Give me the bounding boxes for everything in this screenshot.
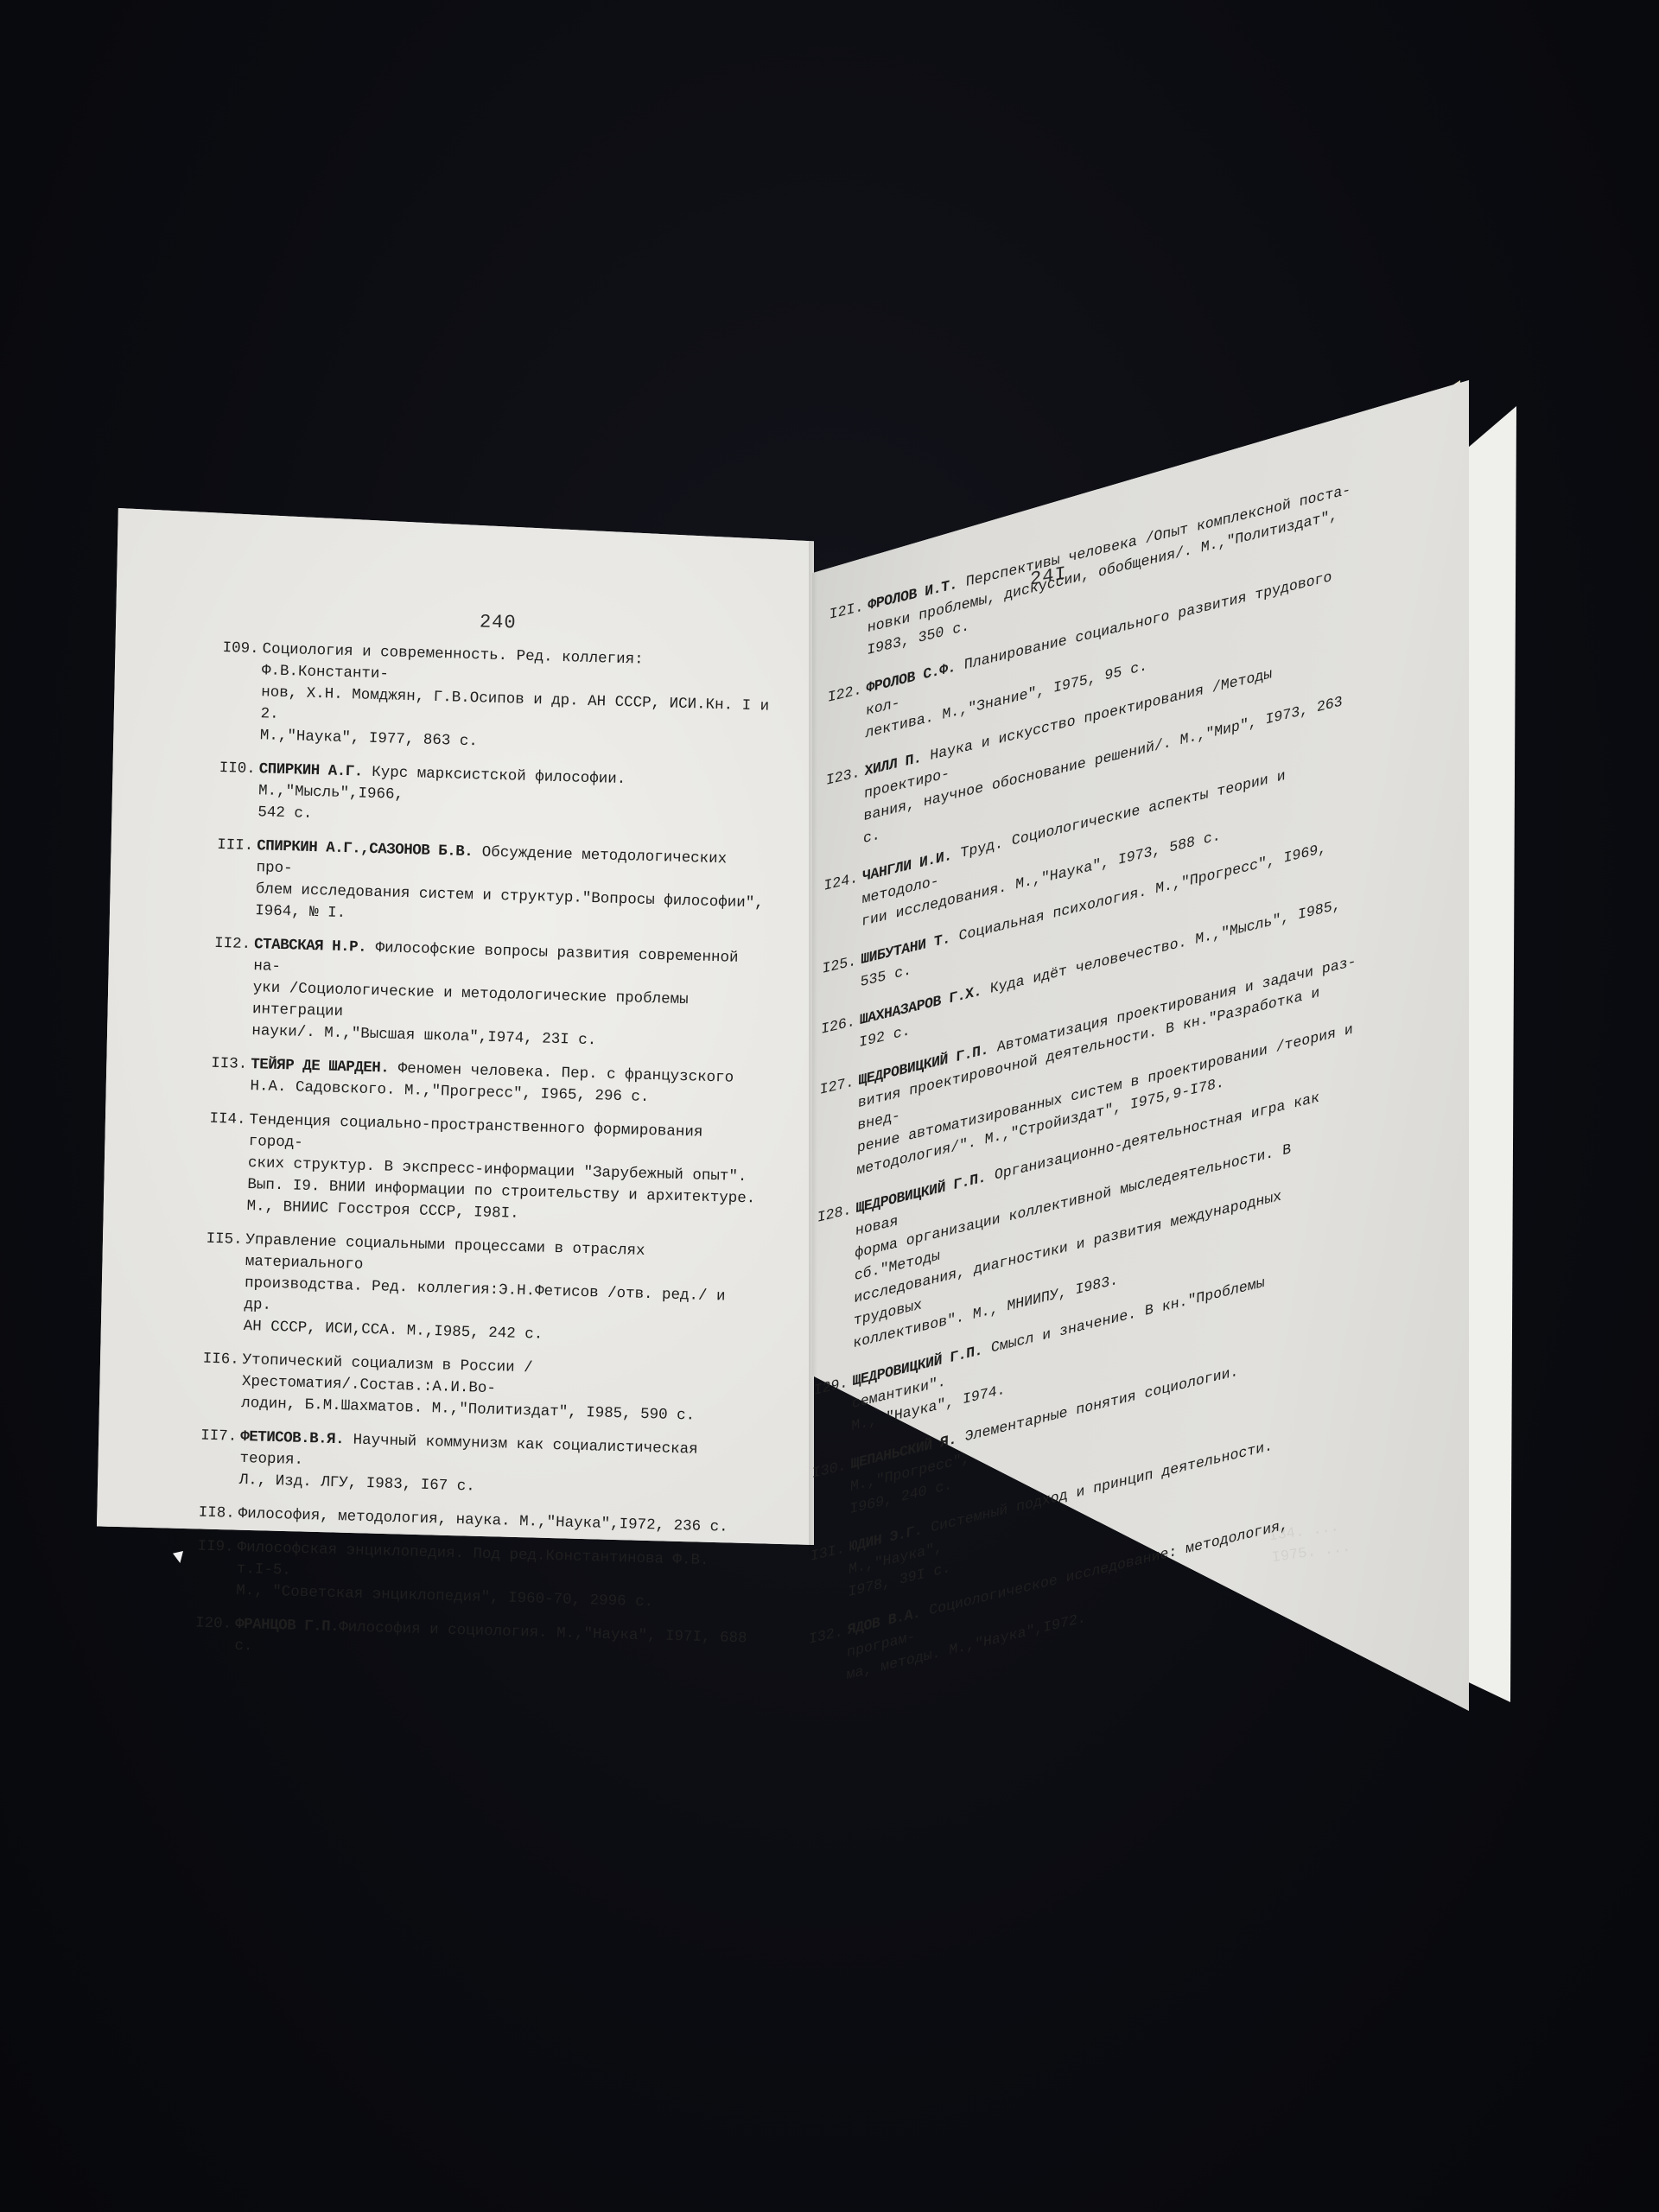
- bibliography-entry: III. СПИРКИН А.Г.,САЗОНОВ Б.В. Обсуждени…: [215, 835, 771, 937]
- entry-text: Управление социальными процессами в отра…: [243, 1231, 725, 1344]
- entry-number: I23.: [824, 761, 865, 861]
- entry-number: II9.: [196, 1536, 238, 1602]
- left-page-bibliography: I09. Социология и современность. Ред. ко…: [194, 638, 776, 1683]
- entry-number: II8.: [198, 1503, 238, 1525]
- entry-number: I22.: [827, 678, 867, 755]
- bibliography-entry: II4. Тенденция социально-пространственно…: [207, 1109, 762, 1232]
- entry-author: ТЕЙЯР ДЕ ШАРДЕН.: [251, 1056, 390, 1077]
- bibliography-entry: II2. СТАВСКАЯ Н.Р. Философские вопросы р…: [212, 933, 767, 1057]
- entry-number: I25.: [822, 950, 861, 1004]
- entry-number: I27.: [817, 1071, 858, 1192]
- entry-number: I28.: [814, 1198, 855, 1365]
- entry-author: СТАВСКАЯ Н.Р.: [254, 936, 367, 957]
- entry-number: II3.: [210, 1053, 251, 1097]
- entry-author: ФЕТИСОВ.В.Я.: [240, 1428, 345, 1448]
- entry-number: II7.: [199, 1426, 240, 1491]
- entry-number: I24.: [823, 867, 862, 944]
- entry-number: II5.: [203, 1229, 245, 1338]
- entry-author: СПИРКИН А.Г.,САЗОНОВ Б.В.: [257, 837, 474, 861]
- entry-text: Утопический социализм в России /Хрестома…: [241, 1351, 695, 1425]
- entry-number: III.: [215, 835, 257, 922]
- bibliography-entry: I20. ФРАНЦОВ Г.П.Философия и социология.…: [194, 1613, 748, 1672]
- entry-author: ФРОЛОВ С.Ф.: [866, 659, 956, 697]
- left-page-number: 240: [480, 611, 517, 633]
- entry-text: Философия, методология, наука. М.,"Наука…: [238, 1505, 728, 1536]
- entry-author: ФРАНЦОВ Г.П.: [235, 1616, 340, 1636]
- entry-number: I32.: [808, 1620, 848, 1697]
- entry-number: II4.: [207, 1109, 249, 1217]
- bibliography-entry: II6. Утопический социализм в России /Хре…: [201, 1349, 756, 1429]
- entry-number: I26.: [820, 1010, 860, 1065]
- entry-number: I29.: [812, 1371, 852, 1448]
- bibliography-entry: II8. Философия, методология, наука. М.,"…: [198, 1503, 751, 1540]
- bibliography-entry: II3. ТЕЙЯР ДЕ ШАРДЕН. Феномен человека. …: [210, 1053, 764, 1112]
- bibliography-entry: II5. Управление социальными процессами в…: [203, 1229, 759, 1352]
- entry-number: II6.: [201, 1349, 243, 1414]
- entry-number: I20.: [194, 1613, 235, 1657]
- bibliography-entry: II9. Философская энциклопедия. Под ред.К…: [196, 1536, 751, 1617]
- entry-text: Философские вопросы развития современной…: [251, 939, 739, 1049]
- entry-number: I2I.: [828, 595, 868, 672]
- entry-text: Тенденция социально-пространственного фо…: [246, 1111, 755, 1223]
- bibliography-entry: II7. ФЕТИСОВ.В.Я. Научный коммунизм как …: [199, 1426, 753, 1506]
- entry-text: Социология и современность. Ред. коллеги…: [260, 640, 770, 750]
- entry-number: I30.: [811, 1454, 851, 1531]
- photo-scene: I34. ... I975. ... 240 I09. Социология и…: [0, 0, 1659, 2212]
- bibliography-entry: I09. Социология и современность. Ред. ко…: [220, 638, 776, 761]
- entry-text: Философская энциклопедия. Под ред.Конста…: [236, 1539, 709, 1611]
- right-page-bibliography: I2I. ФРОЛОВ И.Т. Перспективы человека /О…: [807, 476, 1365, 1713]
- paper-lint-speck: [173, 1551, 183, 1563]
- entry-number: II0.: [218, 758, 259, 823]
- entry-number: I3I.: [810, 1537, 849, 1614]
- entry-author: СПИРКИН А.Г.: [258, 760, 363, 780]
- bibliography-entry: II0. СПИРКИН А.Г. Курс марксистской фило…: [218, 758, 772, 838]
- entry-number: I09.: [220, 638, 263, 747]
- entry-number: II2.: [212, 933, 254, 1042]
